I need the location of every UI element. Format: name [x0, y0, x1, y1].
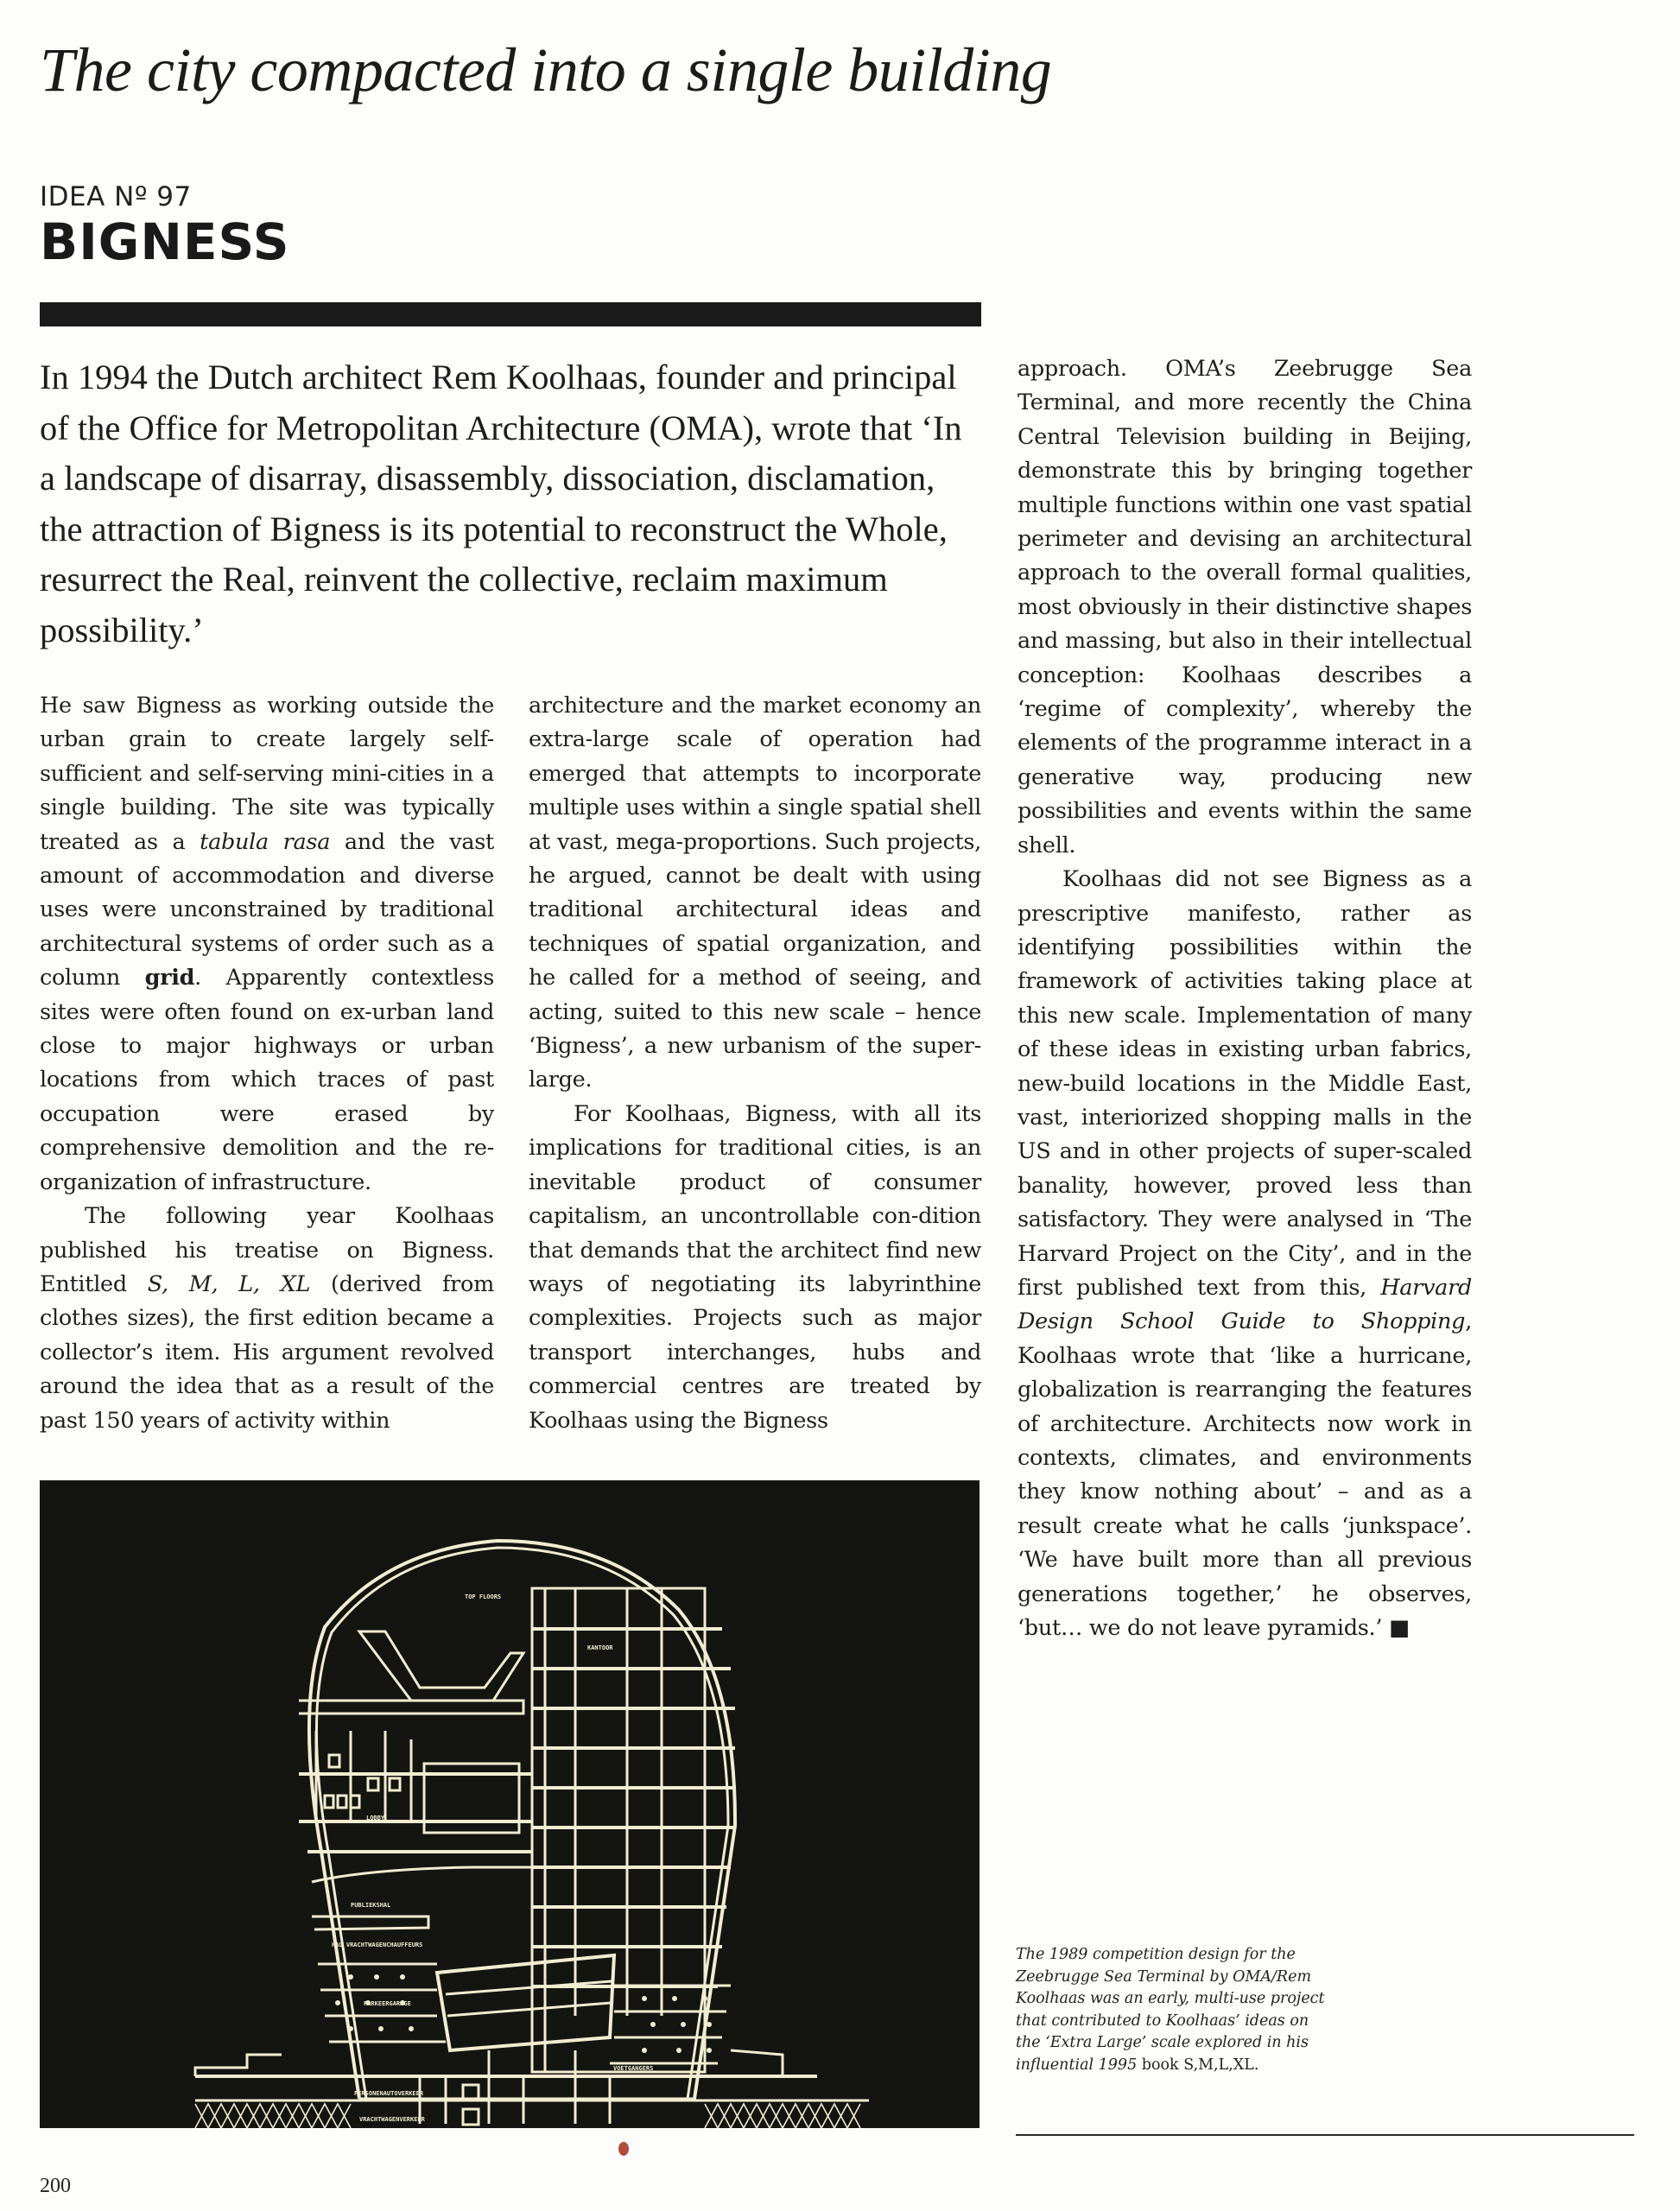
glossary-term: grid [145, 965, 195, 991]
body-column-1: He saw Bigness as working outside the ur… [40, 689, 494, 1438]
label-publiekshal: PUBLIEKSHAL [351, 1902, 390, 1909]
print-mark-icon [618, 2142, 629, 2156]
caption-divider [1016, 2134, 1634, 2136]
lead-paragraph: In 1994 the Dutch architect Rem Koolhaas… [40, 352, 981, 656]
book-title: S, M, L, XL [148, 1271, 310, 1297]
idea-title: BIGNESS [40, 212, 290, 271]
body-paragraph: For Koolhaas, Bigness, with all its impl… [529, 1098, 981, 1438]
body-paragraph: He saw Bigness as working outside the ur… [40, 689, 494, 1200]
page-title: The city compacted into a single buildin… [40, 35, 1051, 106]
label-personen: PERSONENAUTOVERKEER [354, 2090, 424, 2097]
idea-number: IDEA Nº 97 [40, 181, 192, 212]
end-mark-icon: ■ [1389, 1615, 1410, 1641]
label-voetgangers: VOETGANGERS [613, 2065, 653, 2072]
italic-term: tabula rasa [200, 829, 330, 855]
zeebrugge-section-drawing: TOP FLOORS KANTOOR LOBBY PUBLIEKSHAL HAL… [40, 1480, 979, 2128]
label-vracht: VRACHTWAGENVERKEER [359, 2116, 426, 2123]
figure-caption: The 1989 competition design for the Zeeb… [1016, 1944, 1327, 2077]
body-paragraph: The following year Koolhaas published hi… [40, 1200, 494, 1438]
page-number: 200 [40, 2175, 71, 2198]
caption-book-title: book S,M,L,XL. [1142, 2056, 1259, 2074]
label-kantoor: KANTOOR [587, 1644, 613, 1651]
building-section-icon: TOP FLOORS KANTOOR LOBBY PUBLIEKSHAL HAL… [40, 1480, 979, 2128]
body-paragraph: Koolhaas did not see Bigness as a prescr… [1018, 863, 1472, 1645]
body-paragraph: architecture and the market economy an e… [529, 689, 981, 1098]
label-top-floors: TOP FLOORS [465, 1593, 501, 1600]
label-parkeergarage: PARKEERGARAGE [364, 2000, 411, 2007]
label-hal: HAL VRACHTWAGENCHAUFFEURS [332, 1942, 422, 1948]
body-column-2: architecture and the market economy an e… [529, 689, 981, 1438]
body-paragraph: approach. OMA’s Zeebrugge Sea Terminal, … [1018, 352, 1472, 863]
label-lobby: LOBBY [366, 1815, 385, 1821]
body-column-3: approach. OMA’s Zeebrugge Sea Terminal, … [1018, 352, 1472, 1645]
title-divider-bar [40, 302, 981, 326]
